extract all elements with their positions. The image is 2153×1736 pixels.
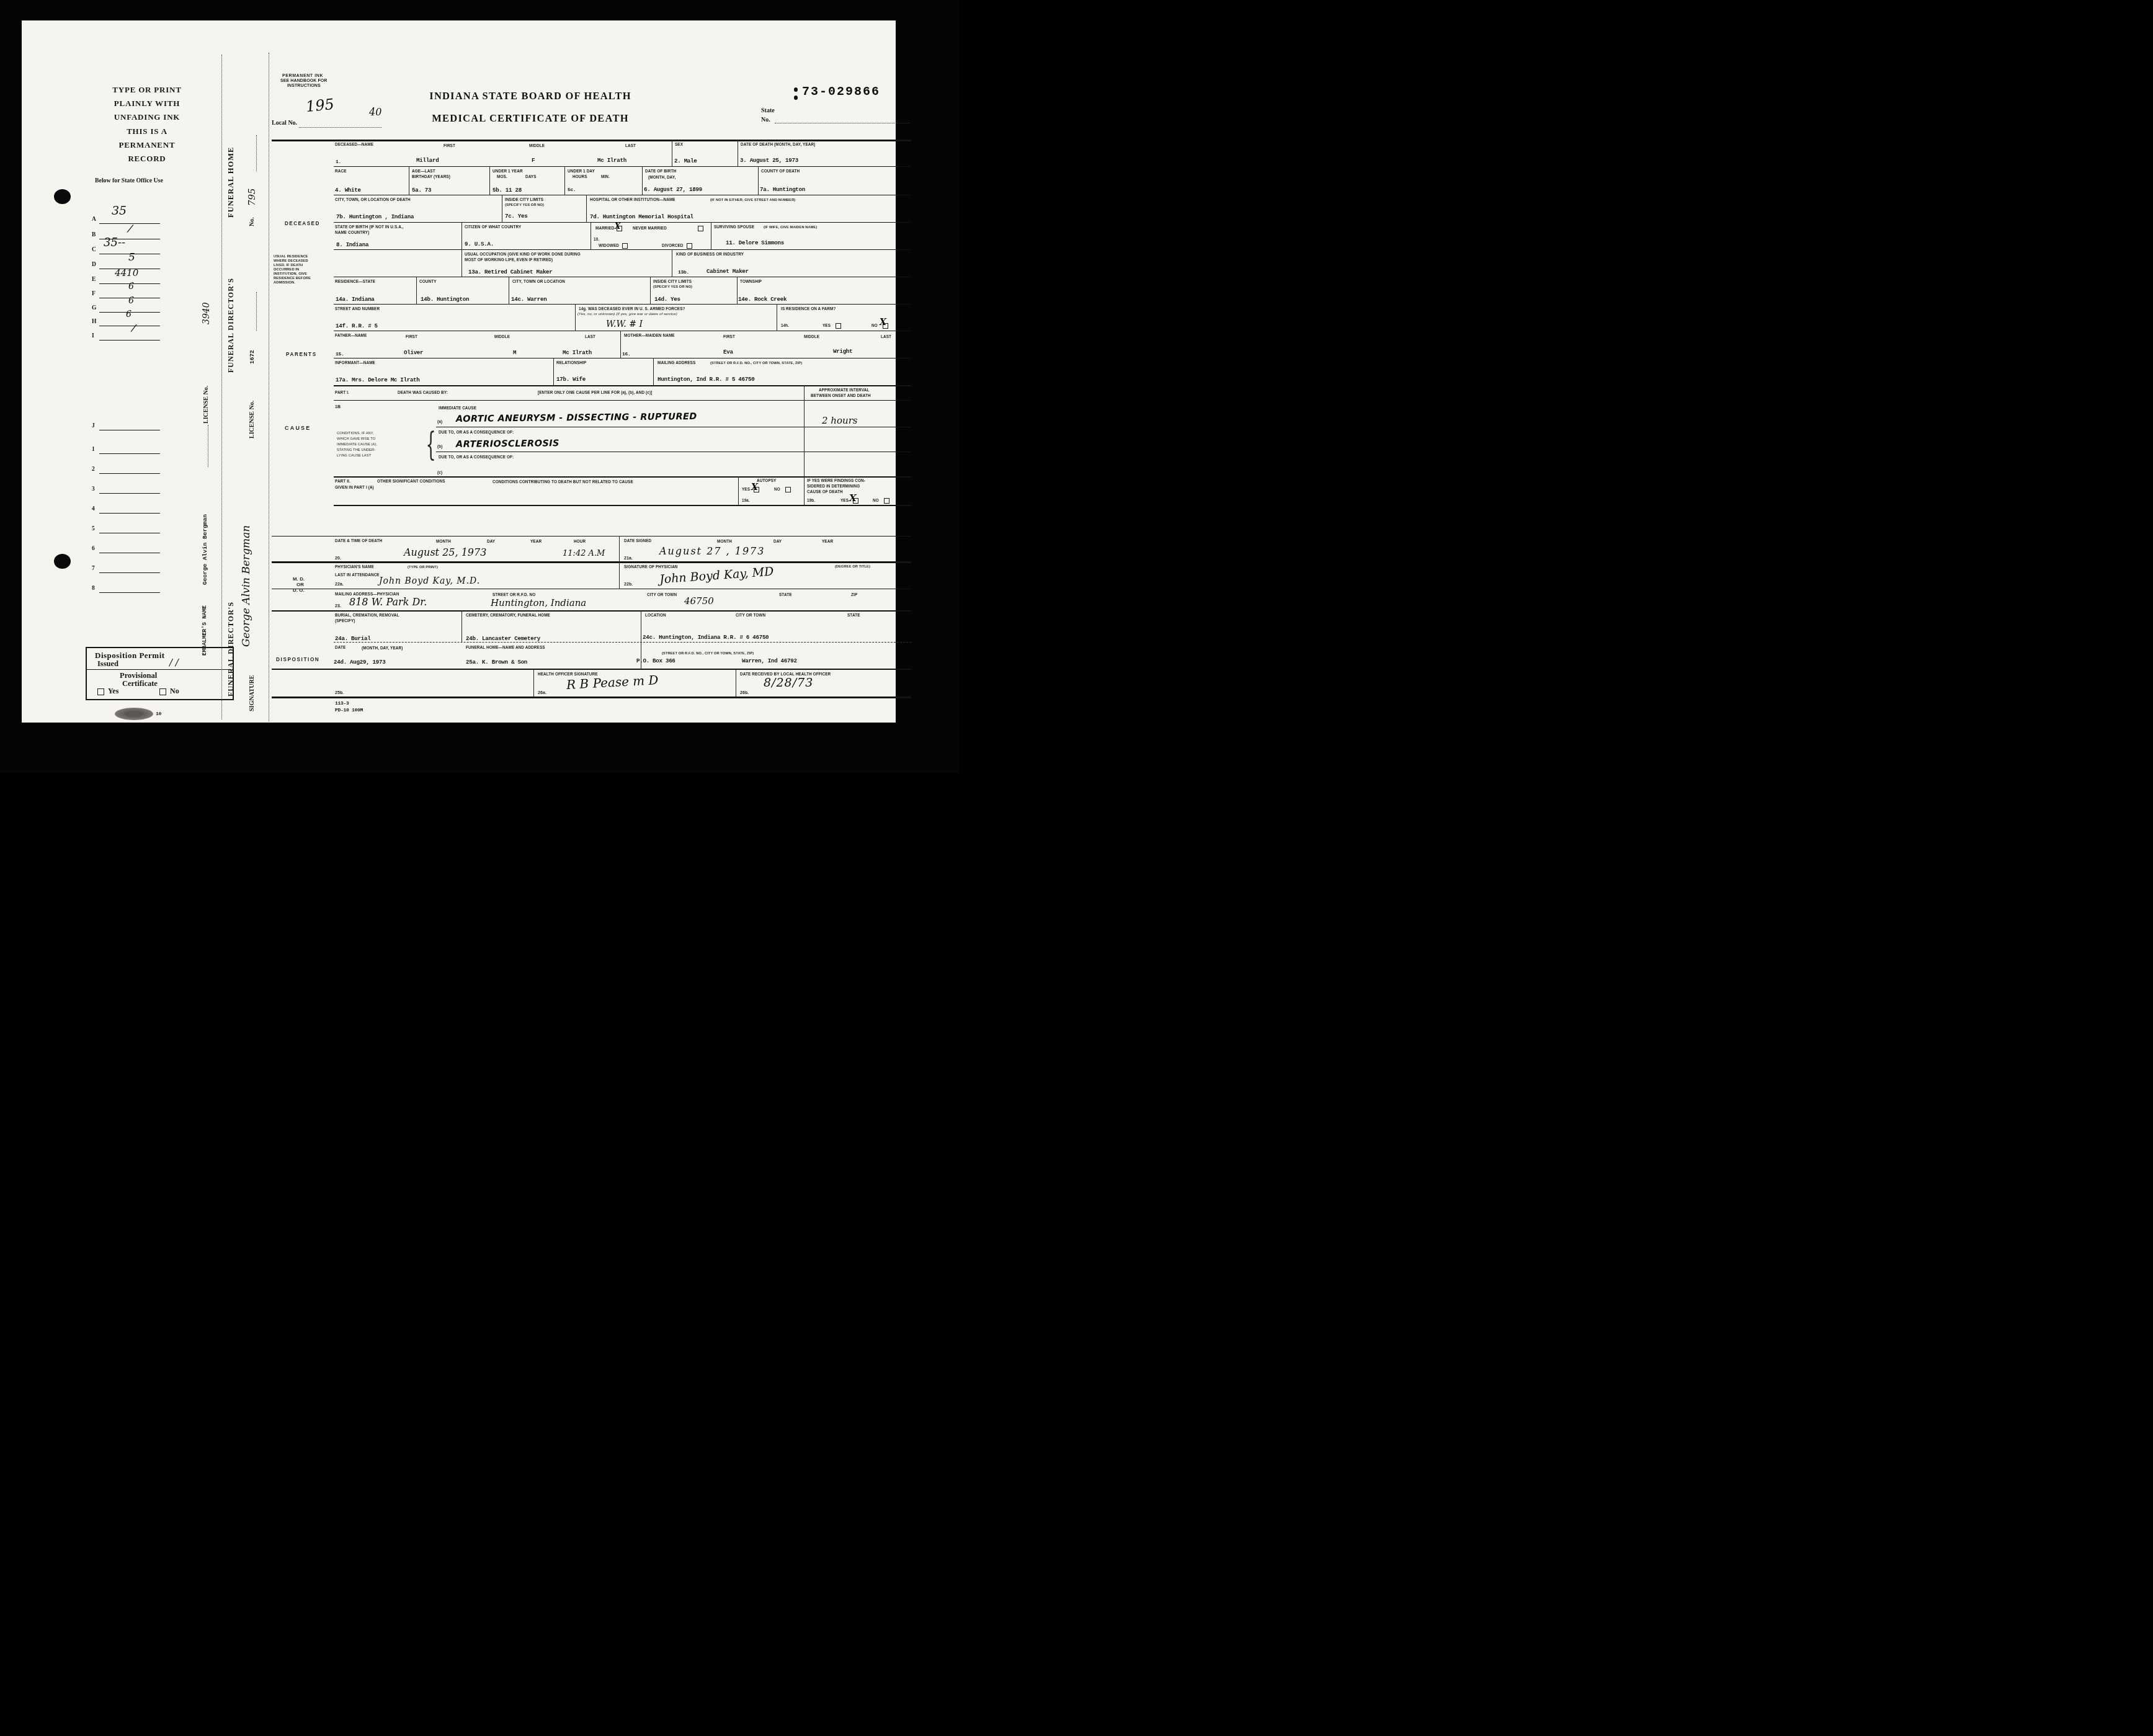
rule: [334, 385, 911, 386]
item-number: 22b.: [624, 582, 633, 587]
autopsy-yes-mark: X: [751, 483, 758, 492]
item-number: 15.: [336, 352, 344, 357]
field-label: DATE: [335, 646, 345, 650]
funeral-directors-label: FUNERAL DIRECTOR'S: [226, 280, 236, 373]
usual-residence-label: INSTITUTION, GIVE: [274, 272, 307, 276]
field-label: YEAR: [822, 540, 833, 544]
field-label: DATE OF DEATH (MONTH, DAY, YEAR): [741, 143, 815, 147]
stamp-mark-icon: [794, 87, 798, 92]
item-number: 21a.: [624, 556, 633, 561]
autopsy-no-label: NO: [774, 487, 780, 492]
embalmers-name-label: EMBALMER'S NAME: [202, 586, 208, 656]
divider: [642, 166, 643, 195]
rule: [436, 427, 911, 427]
married-check-mark: X: [615, 222, 620, 231]
findings-label: CAUSE OF DEATH: [807, 490, 843, 494]
field-label: (SPECIFY YES OR NO): [505, 203, 544, 207]
divider: [489, 166, 490, 195]
field-label: YEAR: [530, 540, 542, 544]
part2-label: PART II.: [335, 479, 350, 484]
dotted-leader: [299, 127, 381, 128]
father-first-name: Oliver: [404, 349, 423, 356]
field-label: CITY, TOWN, OR LOCATION OF DEATH: [335, 198, 411, 202]
rule: [99, 553, 160, 553]
divider: [564, 166, 565, 195]
state-line-value: /: [127, 223, 133, 236]
provisional-no-checkbox: [159, 688, 166, 695]
findings-no-checkbox: [884, 498, 889, 504]
field-label: FIRST: [406, 335, 417, 339]
dotted-leader: [208, 425, 208, 467]
state-line-label: C: [92, 247, 96, 253]
dotted-leader: [775, 123, 910, 123]
immediate-cause-label: IMMEDIATE CAUSE: [439, 406, 476, 411]
field-label: (IF NOT IN EITHER, GIVE STREET AND NUMBE…: [710, 198, 795, 202]
race-value: 4. White: [335, 187, 361, 194]
field-label: DAY: [487, 540, 495, 544]
state-line-label: 8: [92, 585, 95, 592]
dashed-rule: [334, 642, 911, 643]
rule: [99, 340, 160, 341]
divider: [502, 195, 502, 222]
field-label: (DEGREE OR TITLE): [835, 565, 870, 569]
conditions-label: LYING CAUSE LAST: [337, 454, 371, 458]
divider: [553, 358, 554, 385]
relationship-value: 17b. Wife: [556, 376, 586, 383]
divider: [586, 195, 587, 222]
field-label: (TYPE OR PRINT): [408, 566, 438, 569]
item-number: 19a.: [742, 499, 750, 503]
field-label: FIRST: [444, 144, 455, 148]
parents-section-label: PARENTS: [286, 352, 317, 357]
state-line-label: E: [92, 277, 96, 283]
cause-a-label: (a): [437, 420, 442, 424]
field-label: MIN.: [601, 175, 610, 179]
item-number: 22a.: [335, 582, 344, 587]
rule: [272, 536, 911, 536]
physician-street-value: 818 W. Park Dr.: [349, 596, 427, 608]
field-label: PHYSICIAN'S NAME: [335, 565, 374, 569]
field-label: RESIDENCE—STATE: [335, 280, 375, 284]
rule: [272, 697, 911, 698]
state-line-value: 5: [128, 251, 135, 264]
round-stamp-icon: [115, 708, 153, 720]
widowed-label: WIDOWED: [599, 244, 619, 248]
field-label: DATE OF BIRTH: [645, 169, 676, 174]
state-of-birth-value: 8. Indiana: [336, 241, 368, 248]
autopsy-no-checkbox: [785, 487, 791, 492]
item-number: 25b.: [335, 691, 344, 695]
field-label: DAY: [773, 540, 782, 544]
divider: [738, 476, 739, 505]
field-label: BURIAL, CREMATION, REMOVAL: [335, 613, 399, 618]
funeral-home-address-value-2: Warren, Ind 46792: [742, 657, 797, 664]
rule: [99, 473, 160, 474]
field-label: (STREET OR R.F.D. NO., CITY OR TOWN, STA…: [710, 362, 802, 365]
dotted-leader: [256, 292, 257, 331]
board-title: INDIANA STATE BOARD OF HEALTH: [394, 90, 667, 102]
physician-city-value: Huntington, Indiana: [491, 597, 586, 608]
farm-yes-checkbox: [836, 323, 841, 329]
round-stamp-number: 10: [156, 711, 161, 717]
rule: [86, 669, 231, 670]
state-line-value: 6: [128, 296, 134, 306]
permit-slashes: / /: [169, 657, 179, 668]
divider: [409, 166, 409, 195]
item-number: 16.: [622, 352, 631, 357]
due-to-label: DUE TO, OR AS A CONSEQUENCE OF:: [439, 455, 514, 460]
conditions-label: IMMEDIATE CAUSE (A),: [337, 443, 377, 447]
state-office-use-label: Below for State Office Use: [95, 177, 163, 184]
divider: [416, 277, 417, 304]
field-label: DAYS: [525, 175, 537, 179]
married-label: MARRIED: [595, 226, 615, 231]
state-line-label: 6: [92, 546, 95, 552]
widowed-checkbox: [622, 243, 628, 249]
rule: [334, 505, 911, 506]
usual-residence-label: OCCURRED IN: [274, 268, 299, 272]
citizen-value: 9. U.S.A.: [465, 241, 494, 247]
item-number: 10.: [594, 238, 599, 242]
field-label: STREET AND NUMBER: [335, 307, 380, 311]
field-label: FATHER—NAME: [335, 334, 367, 338]
field-label: MONTH: [717, 540, 732, 544]
hour-of-death-value: 11:42 A.M: [563, 549, 605, 558]
field-label: MIDDLE: [804, 335, 819, 339]
license-no-label: LICENSE No.: [203, 327, 210, 424]
findings-yes-label: YES: [840, 499, 849, 503]
field-label: FIRST: [723, 335, 735, 339]
item-number: 20.: [335, 556, 341, 561]
funeral-directors-label: FUNERAL DIRECTOR'S: [226, 602, 236, 697]
rule: [334, 277, 911, 277]
divider: [736, 669, 736, 697]
divider: [737, 277, 738, 304]
field-label: MOS.: [497, 175, 507, 179]
part2-label: CONDITIONS CONTRIBUTING TO DEATH BUT NOT…: [493, 480, 633, 484]
state-line-label: 7: [92, 566, 95, 572]
funeral-home-label: FUNERAL HOME: [226, 138, 236, 218]
father-middle-name: M: [513, 349, 516, 356]
field-label: HOUR: [574, 540, 586, 544]
cemetery-value: 24b. Lancaster Cemetery: [466, 635, 540, 642]
divider: [619, 561, 620, 589]
part1-label: PART I.: [335, 391, 349, 395]
field-label: MOST OF WORKING LIFE, EVEN IF RETIRED): [465, 258, 553, 262]
divider: [672, 140, 672, 166]
part2-label: GIVEN IN PART I (A): [335, 486, 374, 490]
rule: [334, 358, 911, 358]
divider: [461, 610, 462, 643]
item-number: 19b.: [807, 499, 815, 503]
never-married-checkbox: [698, 226, 703, 231]
field-label: LAST: [585, 335, 595, 339]
divider: [461, 249, 462, 277]
date-signed-value: August 27 , 1973: [659, 545, 765, 557]
divorced-checkbox: [687, 243, 692, 249]
field-label: SIGNATURE OF PHYSICIAN: [624, 565, 678, 569]
divider: [758, 166, 759, 195]
state-line-value: 35--: [104, 236, 125, 249]
state-line-label: 5: [92, 526, 95, 532]
rule: [436, 452, 911, 452]
notice-line: PERMANENT: [91, 140, 203, 150]
farm-no-label: NO: [871, 324, 878, 328]
findings-label: SIDERED IN DETERMINING: [807, 484, 860, 489]
rule: [334, 331, 911, 331]
interval-a-value: 2 hours: [822, 415, 858, 426]
field-label: LOCATION: [645, 613, 666, 618]
field-label: (Yes, no, or unknown) (If yes, give war …: [577, 313, 677, 316]
rule: [99, 533, 160, 533]
field-label: (MONTH, DAY,: [648, 176, 675, 180]
field-label: MONTH: [436, 540, 451, 544]
field-label: FUNERAL HOME—NAME AND ADDRESS: [466, 646, 545, 650]
certificate-number-stamp: 73-029866: [802, 85, 880, 99]
field-label: TOWNSHIP: [740, 280, 762, 284]
rule: [99, 513, 160, 514]
notice-line: THIS IS A: [91, 127, 203, 136]
county-of-death-value: 7a. Huntington: [760, 186, 805, 193]
field-label: CITY, TOWN OR LOCATION: [512, 280, 565, 284]
occupation-value: 13a. Retired Cabinet Maker: [468, 269, 553, 275]
notice-line: PLAINLY WITH: [91, 99, 203, 109]
rule: [334, 476, 911, 478]
burial-date-value: 24d. Aug29, 1973: [334, 659, 385, 665]
permanent-ink-label: INSTRUCTIONS: [287, 84, 321, 88]
field-label: INSIDE CITY LIMITS: [505, 198, 543, 202]
rule: [272, 589, 911, 589]
field-label: STATE: [779, 593, 792, 597]
rule: [334, 400, 911, 401]
notice-line: TYPE OR PRINT: [91, 85, 203, 95]
rule: [334, 222, 911, 223]
notice-line: RECORD: [91, 154, 203, 164]
residence-state-value: 14a. Indiana: [336, 296, 375, 303]
field-label: UNDER 1 DAY: [568, 169, 595, 174]
field-label: COUNTY OF DEATH: [761, 169, 800, 174]
city-of-death-value: 7b. Huntington , Indiana: [336, 213, 414, 220]
conditions-label: STATING THE UNDER-: [337, 448, 375, 452]
armed-forces-value: W.W. # I: [606, 319, 643, 329]
dotted-divider: [221, 55, 222, 719]
md-do-label: M. D.: [293, 576, 305, 582]
usual-residence-label: ADMISSION.: [274, 281, 295, 285]
certificate-title: MEDICAL CERTIFICATE OF DEATH: [394, 112, 667, 125]
hospital-value: 7d. Huntington Memorial Hospital: [590, 213, 693, 220]
field-label: CITY OR TOWN: [647, 593, 677, 597]
permit-no-label: No: [170, 687, 179, 696]
due-to-label: DUE TO, OR AS A CONSEQUENCE OF:: [439, 430, 514, 435]
divider: [533, 669, 534, 697]
field-label: INSIDE CITY LIMITS: [653, 280, 692, 284]
field-label: NAME COUNTRY): [335, 231, 369, 235]
part1-label: [ENTER ONLY ONE CAUSE PER LINE FOR (a), …: [538, 391, 652, 395]
burial-type-value: 24a. Burial: [335, 635, 370, 642]
state-line-label: G: [92, 305, 96, 311]
field-label: MAILING ADDRESS: [657, 361, 695, 365]
item-number: 26b.: [740, 691, 749, 695]
signature-label: SIGNATURE: [249, 648, 256, 711]
state-line-label: H: [92, 319, 96, 325]
state-line-label: J: [92, 423, 95, 429]
divider: [653, 358, 654, 385]
residence-city-value: 14c. Warren: [511, 296, 546, 303]
farm-no-check-mark: X: [880, 318, 886, 327]
field-label: BIRTHDAY (YEARS): [412, 175, 450, 179]
state-line-label: 4: [92, 506, 95, 512]
deceased-middle-name: F: [532, 157, 535, 164]
state-line-value: 6: [128, 282, 134, 292]
business-value: Cabinet Maker: [707, 268, 749, 275]
usual-residence-label: WHERE DECEASED: [274, 259, 308, 263]
notice-line: UNFADING INK: [91, 112, 203, 122]
state-line-value: /: [131, 322, 136, 334]
hole-punch: [54, 189, 71, 204]
cemetery-location-value: 24c. Huntington, Indiana R.R. # 6 46750: [643, 634, 769, 641]
field-label: HOURS: [573, 175, 587, 179]
cause-b-label: (b): [437, 445, 442, 449]
dotted-divider: [269, 53, 269, 721]
rule: [272, 561, 911, 563]
item-number: 14h.: [781, 324, 789, 328]
divider: [777, 304, 777, 331]
under-1-year-value: 5b. 11 28: [493, 187, 522, 194]
under-1-day-value: 5c.: [568, 187, 576, 193]
embalmer-name-typed: George Alvin Bergman: [202, 468, 208, 585]
township-value: 14e. Rock Creek: [738, 296, 787, 303]
permanent-ink-label: PERMANENT INK: [282, 74, 323, 78]
date-of-birth-value: 6. August 27, 1899: [644, 186, 702, 193]
license-number-handwritten: 3940: [202, 280, 212, 324]
field-label: CITIZEN OF WHAT COUNTRY: [465, 225, 521, 229]
informant-name-value: 17a. Mrs. Delore Mc Ilrath: [336, 376, 420, 383]
hole-punch: [54, 554, 71, 569]
rule: [334, 249, 911, 250]
field-label: LAST: [881, 335, 891, 339]
deceased-last-name: Mc Ilrath: [597, 157, 626, 164]
field-label: RELATIONSHIP: [556, 361, 586, 365]
field-label: MIDDLE: [494, 335, 510, 339]
field-label: SEX: [675, 143, 683, 147]
field-label: STATE: [847, 613, 860, 618]
local-no-value-2: 40: [369, 106, 381, 118]
item-number: 13b.: [678, 270, 689, 275]
provisional-yes-checkbox: [97, 688, 104, 695]
state-line-label: 3: [92, 486, 95, 492]
cause-a-value: AORTIC ANEURYSM - DISSECTING - RUPTURED: [456, 412, 697, 424]
state-label: State: [761, 107, 775, 114]
divider: [620, 331, 621, 358]
usual-residence-label: USUAL RESIDENCE: [274, 255, 308, 259]
surviving-spouse-value: 11. Delore Simmons: [726, 239, 784, 246]
field-label: UNDER 1 YEAR: [493, 169, 523, 174]
rule: [99, 592, 160, 593]
permit-subtitle: Certificate: [122, 679, 158, 688]
funeral-home-address-value: P.O. Box 366: [636, 657, 675, 664]
field-label: INFORMANT—NAME: [335, 361, 375, 365]
findings-yes-mark: X: [849, 492, 857, 504]
field-label: STREET OR R.F.D. NO: [493, 593, 535, 597]
brace-glyph: {: [426, 425, 436, 463]
funeral-home-no-label: No.: [249, 207, 256, 226]
deceased-first-name: Millard: [416, 157, 439, 164]
divider: [804, 385, 805, 505]
deceased-section-label: DECEASED: [285, 221, 320, 226]
informant-address-value: Huntington, Ind R.R. # 5 46750: [657, 376, 754, 383]
item-number: 23.: [335, 604, 341, 608]
rule: [99, 493, 160, 494]
state-line-value: 6: [126, 309, 131, 319]
state-no-label: No.: [761, 117, 770, 123]
rule: [272, 669, 911, 670]
conditions-label: WHICH GAVE RISE TO: [337, 437, 375, 441]
state-line-label: F: [92, 291, 96, 297]
field-label: LAST: [625, 144, 636, 148]
disposition-section-label: DISPOSITION: [276, 657, 319, 662]
form-print-code: PD-10 100M: [335, 708, 363, 713]
part2-label: OTHER SIGNIFICANT CONDITIONS: [377, 479, 445, 484]
funeral-director-signature: George Alvin Bergman: [240, 391, 252, 647]
field-label: SURVIVING SPOUSE: [714, 225, 754, 229]
rule: [99, 453, 160, 454]
field-label: (MONTH, DAY, YEAR): [362, 646, 403, 651]
funeral-home-number-handwritten: 795: [246, 171, 257, 206]
date-received-value: 8/28/73: [764, 676, 813, 690]
state-line-label: D: [92, 262, 96, 268]
divider: [509, 277, 509, 304]
divider: [738, 140, 738, 166]
state-line-label: A: [92, 216, 96, 223]
field-label: (STREET OR R.F.D. NO., CITY OR TOWN, STA…: [662, 652, 754, 656]
permit-yes-label: Yes: [108, 687, 118, 696]
field-label: (SPECIFY YES OR NO): [653, 285, 692, 289]
residence-inside-limits-value: 14d. Yes: [654, 296, 680, 303]
md-do-label: OR: [296, 582, 304, 587]
scanned-death-certificate: TYPE OR PRINT PLAINLY WITH UNFADING INK …: [0, 0, 959, 773]
funeral-home-value: 25a. K. Brown & Son: [466, 659, 527, 665]
field-label: ZIP: [851, 593, 857, 597]
state-line-label: 1: [92, 447, 95, 453]
state-line-value: 4410: [115, 267, 138, 278]
field-label: 14g. WAS DECEASED EVER IN U. S. ARMED FO…: [579, 307, 685, 311]
item-number: 1.: [336, 159, 341, 165]
usual-residence-label: RESIDENCE BEFORE: [274, 277, 311, 280]
usual-residence-label: LIVED. IF DEATH: [274, 264, 303, 267]
rule: [334, 304, 911, 305]
field-label: KIND OF BUSINESS OR INDUSTRY: [676, 252, 744, 257]
rule: [334, 195, 911, 195]
fd-license-number-typed: 1672: [249, 332, 256, 364]
never-married-label: NEVER MARRIED: [633, 226, 667, 231]
date-of-death-value: 3. August 25, 1973: [740, 157, 798, 164]
autopsy-yes-label: YES: [742, 487, 750, 492]
field-label: CEMETERY, CREMATORY, FUNERAL HOME: [466, 613, 550, 618]
divider: [619, 536, 620, 561]
field-label: COUNTY: [419, 280, 437, 284]
mother-maiden-last-name: Wright: [833, 348, 852, 355]
item-number: 1B: [335, 405, 341, 409]
field-label: DATE SIGNED: [624, 539, 651, 543]
rule: [334, 166, 911, 167]
item-number: 26a.: [538, 691, 546, 695]
rule: [99, 430, 160, 430]
field-label: DATE & TIME OF DEATH: [335, 539, 382, 543]
physician-name-value: John Boyd Kay, M.D.: [379, 576, 480, 586]
field-label: MOTHER—MAIDEN NAME: [624, 334, 675, 338]
local-no-value: 195: [305, 96, 335, 116]
field-label: STATE OF BIRTH (IF NOT IN U.S.A.,: [335, 225, 404, 229]
